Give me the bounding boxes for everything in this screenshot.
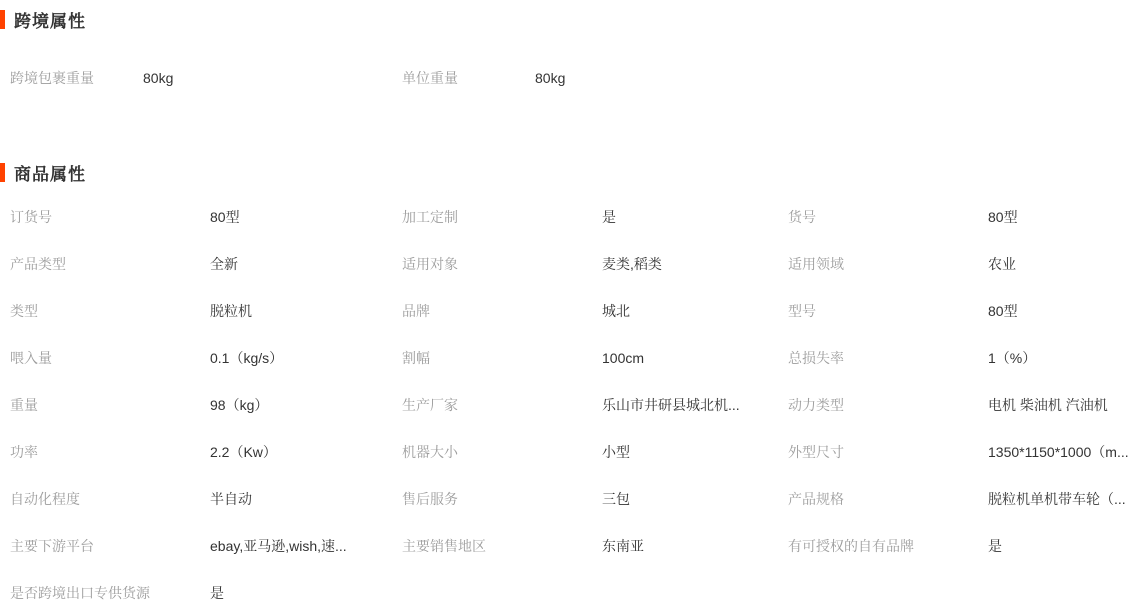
attribute-label: 喂入量 — [10, 348, 210, 368]
attribute-value: 2.2（Kw） — [210, 442, 277, 462]
attribute-label: 动力类型 — [788, 395, 988, 415]
attribute-label: 适用对象 — [402, 254, 602, 274]
attribute-item: 主要销售地区 东南亚 — [392, 522, 778, 569]
attribute-label: 自动化程度 — [10, 489, 210, 509]
attribute-label: 是否跨境出口专供货源 — [10, 583, 210, 603]
attribute-value: 电机 柴油机 汽油机 — [988, 395, 1108, 415]
attribute-value: 80kg — [143, 70, 173, 86]
attribute-item: 喂入量 0.1（kg/s） — [0, 334, 392, 381]
attribute-item: 生产厂家 乐山市井研县城北机... — [392, 381, 778, 428]
attribute-item: 动力类型 电机 柴油机 汽油机 — [778, 381, 1148, 428]
attribute-label: 主要下游平台 — [10, 536, 210, 556]
attribute-label: 机器大小 — [402, 442, 602, 462]
attribute-item: 货号 80型 — [778, 193, 1148, 240]
attribute-item: 订货号 80型 — [0, 193, 392, 240]
attribute-item: 主要下游平台 ebay,亚马逊,wish,速... — [0, 522, 392, 569]
attribute-value: 三包 — [602, 489, 630, 509]
attribute-value: 城北 — [602, 301, 630, 321]
attribute-value: 1（%） — [988, 348, 1036, 368]
attribute-label: 类型 — [10, 301, 210, 321]
attribute-value: 农业 — [988, 254, 1016, 274]
attribute-label: 型号 — [788, 301, 988, 321]
section-header: 商品属性 — [0, 161, 1148, 183]
attribute-value: 是 — [988, 536, 1002, 556]
attribute-item: 割幅 100cm — [392, 334, 778, 381]
section-header: 跨境属性 — [0, 8, 1148, 30]
product-attributes-page: 跨境属性 跨境包裹重量 80kg 单位重量 80kg 商品属性 订货号 80型 … — [0, 0, 1148, 614]
attribute-label: 单位重量 — [402, 68, 535, 88]
attribute-label: 适用领域 — [788, 254, 988, 274]
attribute-item: 售后服务 三包 — [392, 475, 778, 522]
attribute-label: 跨境包裹重量 — [10, 68, 143, 88]
attribute-value: 80kg — [535, 70, 565, 86]
attribute-value: 脱粒机 — [210, 301, 252, 321]
section-title: 商品属性 — [14, 160, 86, 185]
section-cross-border-attributes: 跨境属性 跨境包裹重量 80kg 单位重量 80kg — [0, 8, 1148, 101]
section-accent-bar — [0, 163, 5, 182]
attribute-item: 适用领域 农业 — [778, 240, 1148, 287]
attribute-item: 品牌 城北 — [392, 287, 778, 334]
attribute-item: 总损失率 1（%） — [778, 334, 1148, 381]
attribute-label: 品牌 — [402, 301, 602, 321]
attribute-value: 1350*1150*1000（m... — [988, 442, 1129, 462]
attribute-grid: 订货号 80型 加工定制 是 货号 80型 产品类型 全新 适用对象 麦类,稻类… — [0, 193, 1148, 614]
attribute-label: 产品类型 — [10, 254, 210, 274]
attribute-value: 小型 — [602, 442, 630, 462]
section-product-attributes: 商品属性 订货号 80型 加工定制 是 货号 80型 产品类型 全新 适用对象 … — [0, 161, 1148, 614]
attribute-grid: 跨境包裹重量 80kg 单位重量 80kg — [0, 54, 1148, 101]
attribute-value: 是 — [210, 583, 224, 603]
attribute-item: 外型尺寸 1350*1150*1000（m... — [778, 428, 1148, 475]
attribute-label: 加工定制 — [402, 207, 602, 227]
attribute-item: 产品规格 脱粒机单机带车轮（... — [778, 475, 1148, 522]
attribute-value: 98（kg） — [210, 395, 268, 415]
attribute-label: 订货号 — [10, 207, 210, 227]
attribute-value: 东南亚 — [602, 536, 644, 556]
attribute-value: 脱粒机单机带车轮（... — [988, 489, 1126, 509]
attribute-item: 重量 98（kg） — [0, 381, 392, 428]
attribute-item: 跨境包裹重量 80kg — [0, 54, 392, 101]
attribute-value: ebay,亚马逊,wish,速... — [210, 536, 347, 556]
attribute-value: 麦类,稻类 — [602, 254, 662, 274]
attribute-label: 生产厂家 — [402, 395, 602, 415]
attribute-item: 机器大小 小型 — [392, 428, 778, 475]
attribute-label: 货号 — [788, 207, 988, 227]
attribute-item: 单位重量 80kg — [392, 54, 778, 101]
attribute-item: 功率 2.2（Kw） — [0, 428, 392, 475]
attribute-item: 类型 脱粒机 — [0, 287, 392, 334]
attribute-value: 80型 — [988, 207, 1018, 227]
attribute-value: 乐山市井研县城北机... — [602, 395, 740, 415]
attribute-item: 自动化程度 半自动 — [0, 475, 392, 522]
attribute-item: 型号 80型 — [778, 287, 1148, 334]
attribute-value: 全新 — [210, 254, 238, 274]
attribute-item: 适用对象 麦类,稻类 — [392, 240, 778, 287]
attribute-value: 100cm — [602, 350, 644, 366]
attribute-value: 是 — [602, 207, 616, 227]
attribute-label: 有可授权的自有品牌 — [788, 536, 988, 556]
section-accent-bar — [0, 10, 5, 29]
attribute-label: 重量 — [10, 395, 210, 415]
attribute-label: 主要销售地区 — [402, 536, 602, 556]
attribute-label: 总损失率 — [788, 348, 988, 368]
attribute-value: 半自动 — [210, 489, 252, 509]
attribute-label: 功率 — [10, 442, 210, 462]
section-title: 跨境属性 — [14, 7, 86, 32]
attribute-label: 产品规格 — [788, 489, 988, 509]
attribute-label: 割幅 — [402, 348, 602, 368]
attribute-value: 80型 — [988, 301, 1018, 321]
attribute-item: 有可授权的自有品牌 是 — [778, 522, 1148, 569]
attribute-item: 产品类型 全新 — [0, 240, 392, 287]
attribute-label: 售后服务 — [402, 489, 602, 509]
attribute-item: 是否跨境出口专供货源 是 — [0, 569, 392, 614]
attribute-value: 0.1（kg/s） — [210, 348, 283, 368]
attribute-label: 外型尺寸 — [788, 442, 988, 462]
attribute-item: 加工定制 是 — [392, 193, 778, 240]
attribute-value: 80型 — [210, 207, 240, 227]
